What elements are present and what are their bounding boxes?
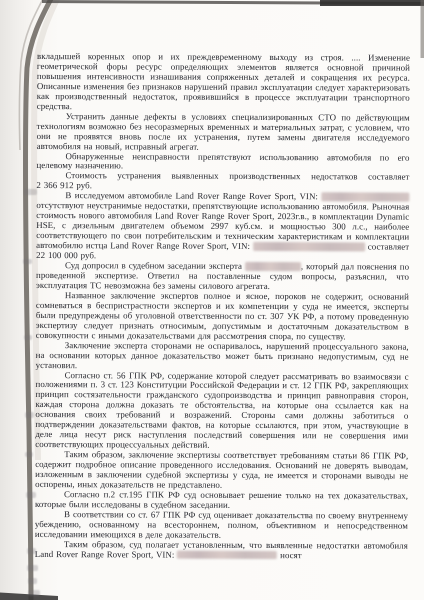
paragraph: В соответствии со ст. 67 ГПК РФ суд оцен… bbox=[35, 510, 408, 541]
paragraph: Устранить данные дефекты в условиях спец… bbox=[37, 112, 410, 153]
paragraph: Таким образом, суд полагает установленны… bbox=[35, 540, 408, 562]
margin-smudge bbox=[27, 565, 38, 571]
paragraph: Таким образом, заключение экспертизы соо… bbox=[35, 450, 408, 491]
scan-right-edge bbox=[421, 0, 424, 58]
margin-smudge bbox=[25, 452, 33, 457]
document-body: вкладышей коренных опор и их преждевреме… bbox=[35, 52, 410, 561]
scan-top-right-band bbox=[320, 0, 424, 6]
paragraph: Согласно ст. 56 ГПК РФ, содержание котор… bbox=[35, 370, 408, 451]
scanned-page: вкладышей коренных опор и их преждевреме… bbox=[0, 0, 424, 600]
paragraph: В исследуемом автомобиле Land Rover Rang… bbox=[36, 191, 409, 262]
redacted-vin-1 bbox=[321, 193, 409, 202]
margin-smudge bbox=[24, 189, 37, 195]
redacted-vin-2 bbox=[253, 242, 365, 251]
redacted-vin-3 bbox=[177, 550, 277, 559]
margin-smudge bbox=[23, 259, 32, 264]
margin-smudge bbox=[28, 578, 37, 584]
paragraph: Суд допросил в судебном заседании экспер… bbox=[36, 261, 409, 292]
paragraph: Заключение эксперта сторонами не оспарив… bbox=[36, 341, 409, 372]
margin-smudge bbox=[24, 335, 32, 340]
paragraph: Согласно п.2 ст.195 ГПК РФ суд основывае… bbox=[35, 490, 408, 512]
paragraph: Названное заключение экспертов полное и … bbox=[36, 291, 409, 342]
margin-smudge bbox=[28, 590, 40, 596]
redacted-expert-name bbox=[245, 262, 301, 271]
margin-smudge bbox=[25, 412, 34, 418]
paragraph: вкладышей коренных опор и их преждевреме… bbox=[37, 52, 410, 113]
